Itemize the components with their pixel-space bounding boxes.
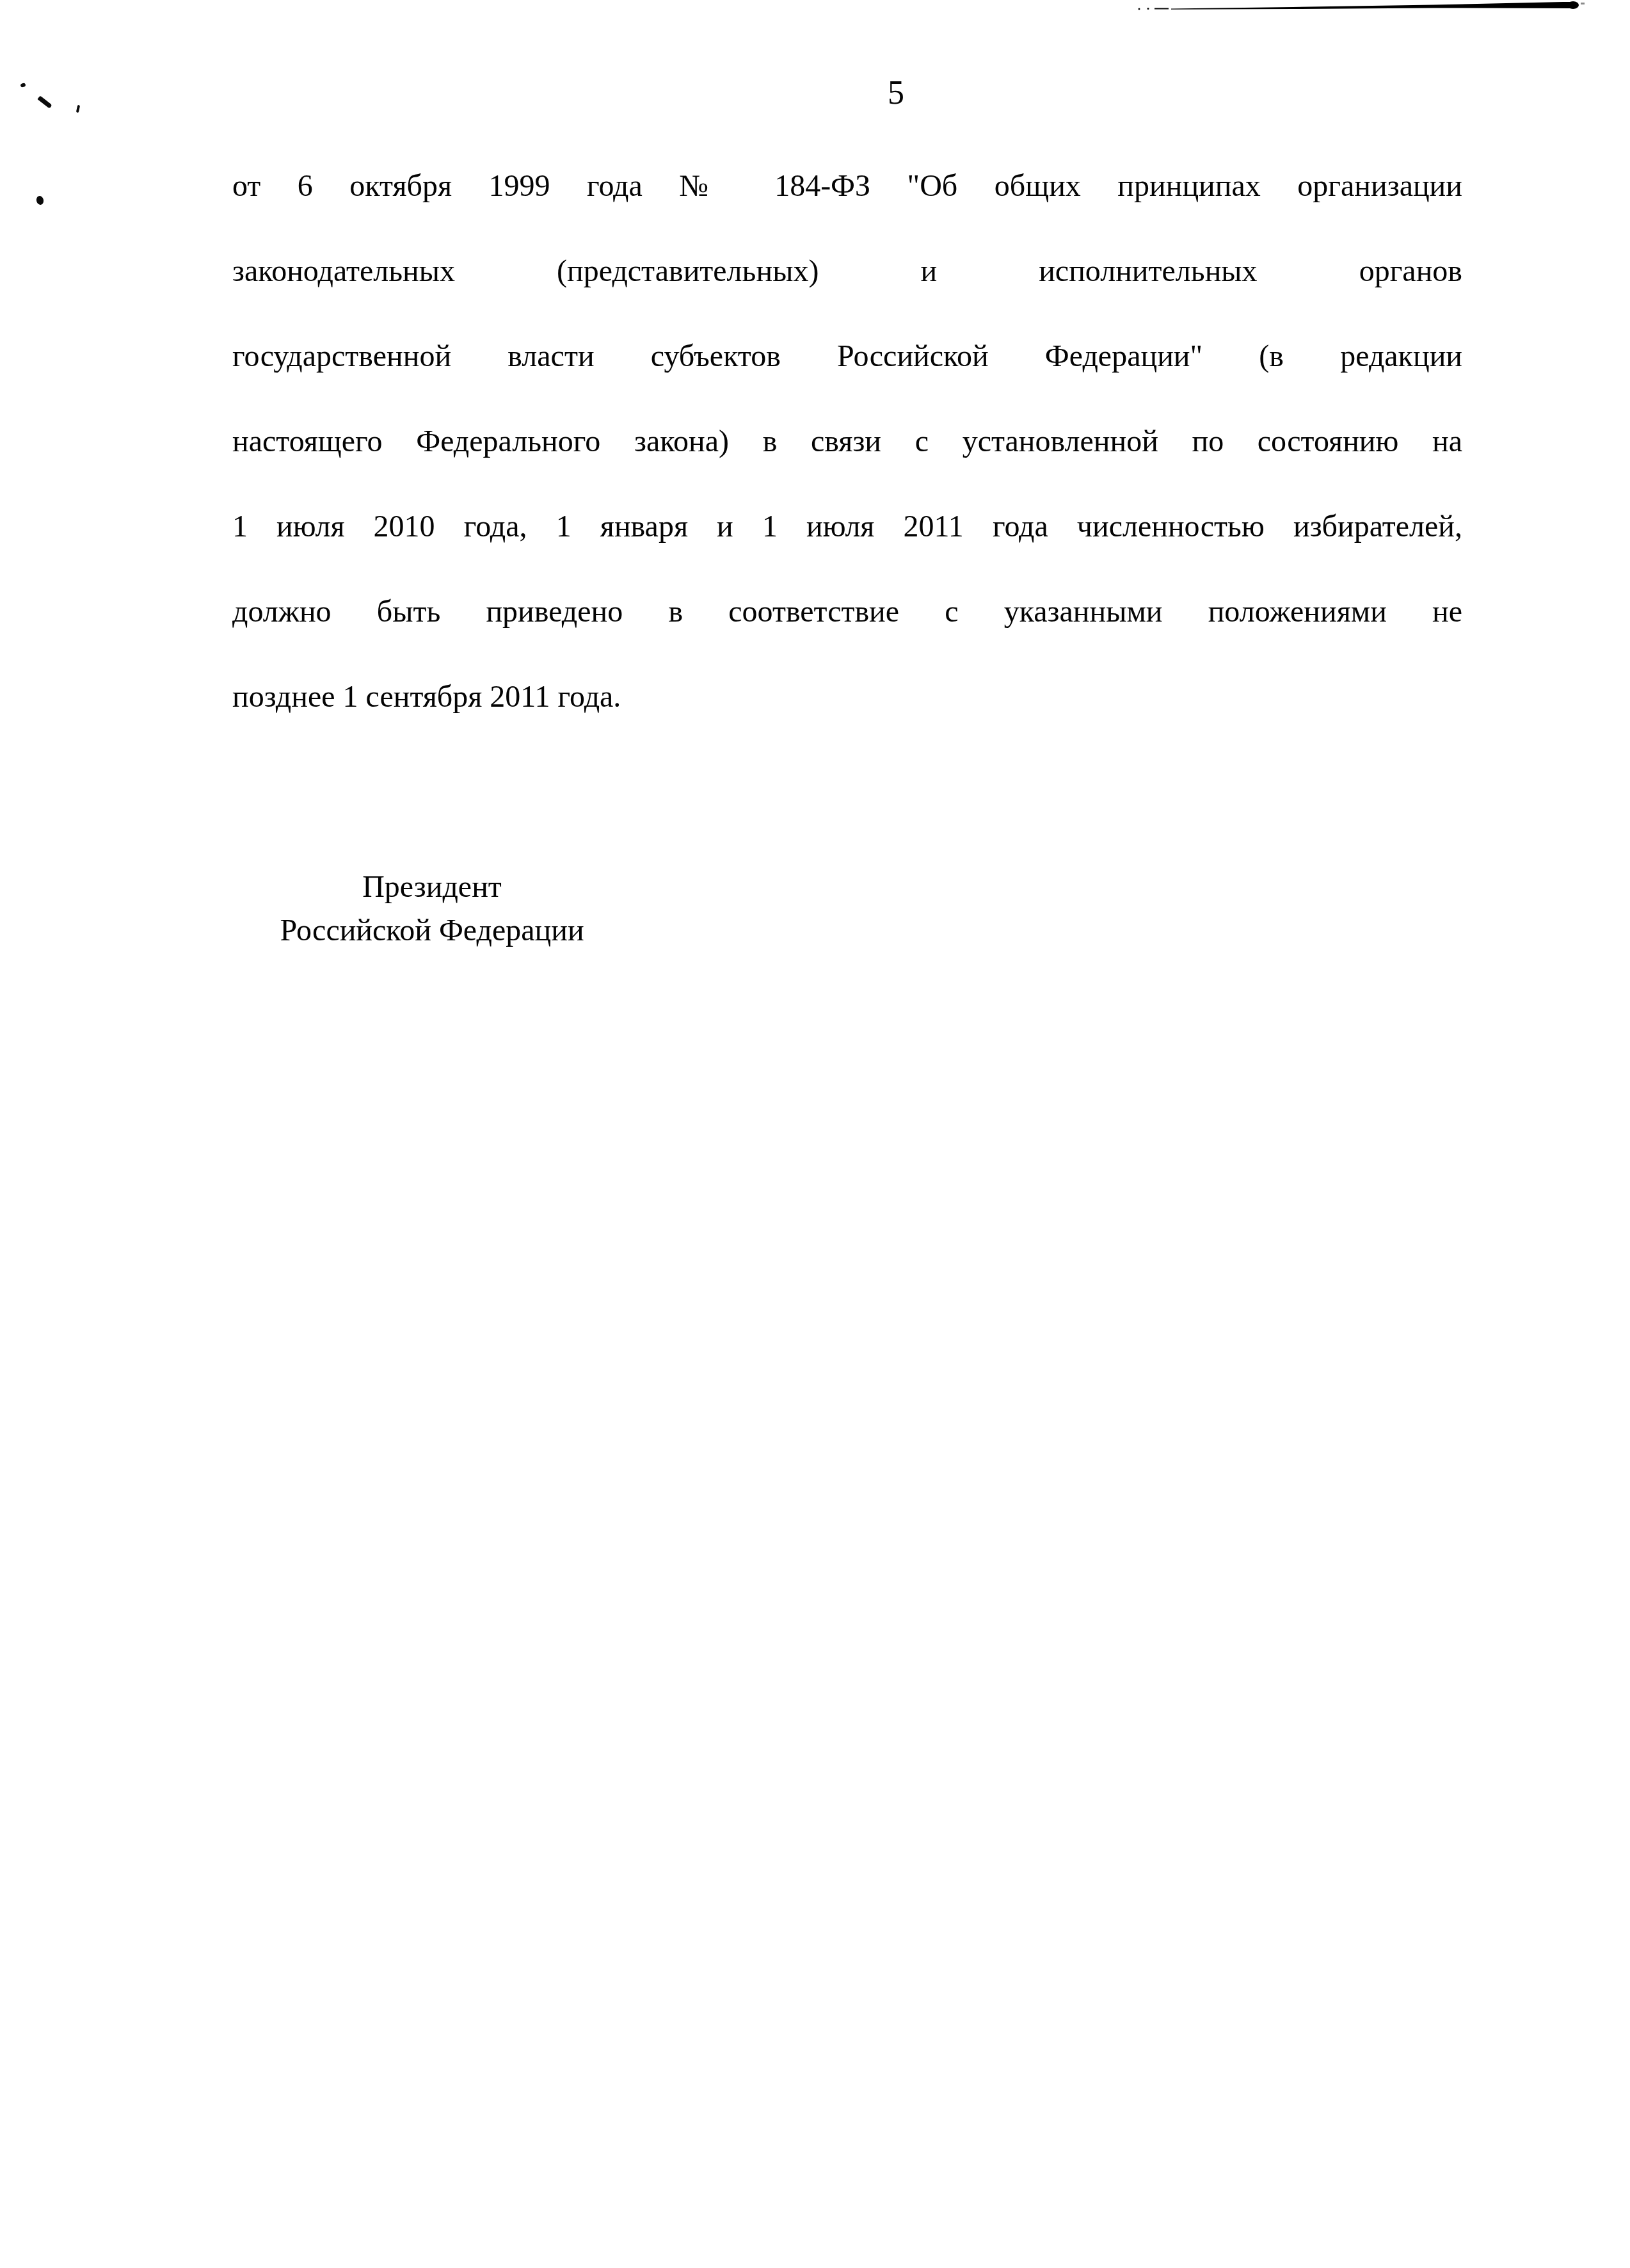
- paragraph-line-1: от 6 октября 1999 года № 184-ФЗ "Об общи…: [232, 143, 1462, 229]
- paragraph-line-6: должно быть приведено в соответствие с у…: [232, 569, 1462, 654]
- paragraph-line-3: государственной власти субъектов Российс…: [232, 314, 1462, 399]
- page-number: 5: [877, 76, 915, 111]
- scan-artifact-speck: [37, 95, 52, 108]
- paragraph-line-5: 1 июля 2010 года, 1 января и 1 июля 2011…: [232, 484, 1462, 569]
- scan-artifact-speck: [76, 105, 80, 113]
- scan-artifact-speck: [20, 83, 26, 88]
- paragraph-line-7: позднее 1 сентября 2011 года.: [232, 654, 1462, 739]
- paragraph-line-4: настоящего Федерального закона) в связи …: [232, 399, 1462, 484]
- signature-title-line-1: Президент: [246, 865, 618, 909]
- scan-artifact-speck: [35, 195, 44, 205]
- scan-artifact-edge-line: [1133, 0, 1630, 17]
- body-paragraph: от 6 октября 1999 года № 184-ФЗ "Об общи…: [232, 143, 1462, 739]
- signature-title-line-2: Российской Федерации: [246, 909, 618, 953]
- signature-block: Президент Российской Федерации: [246, 865, 618, 953]
- paragraph-line-2: законодательных (представительных) и исп…: [232, 229, 1462, 314]
- document-page: 5 от 6 октября 1999 года № 184-ФЗ "Об об…: [0, 0, 1630, 2268]
